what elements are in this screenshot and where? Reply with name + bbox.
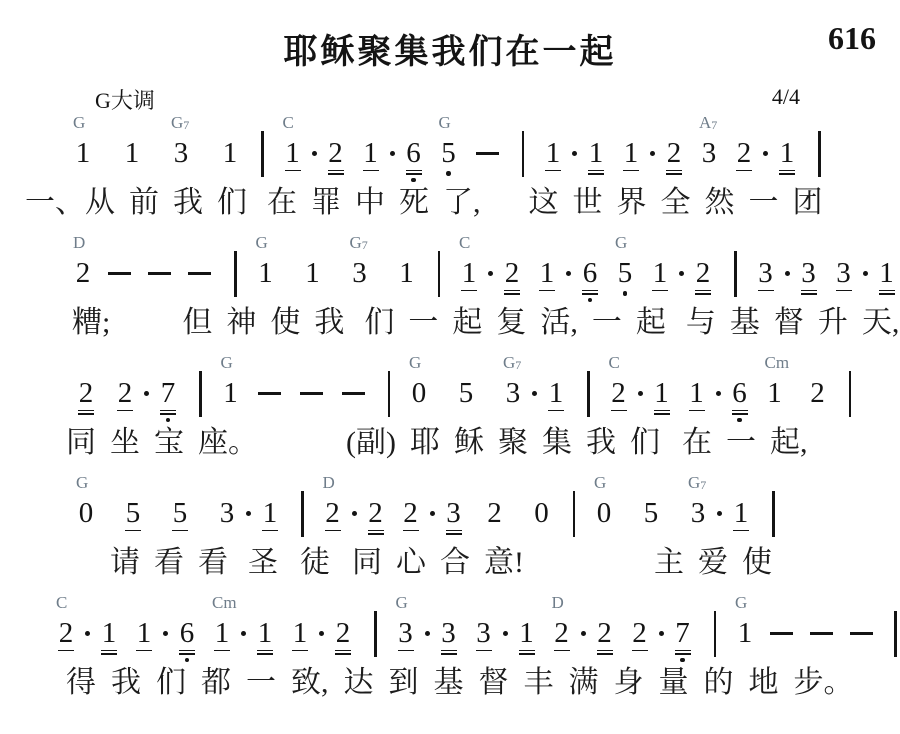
duration-underline xyxy=(582,293,598,295)
augmentation-dot xyxy=(319,631,324,636)
music-line: G05531D222320G05G731 xyxy=(0,472,900,544)
note-digit: 2 xyxy=(597,618,612,648)
note-digit: 5 xyxy=(441,138,456,168)
chord-label: G7 xyxy=(350,234,368,251)
note-digit: 3 xyxy=(398,618,413,648)
note: G5 xyxy=(617,258,633,296)
duration-underline xyxy=(403,530,419,532)
chord-label: G xyxy=(615,234,627,251)
note-digit: 0 xyxy=(79,498,94,528)
note: D2 xyxy=(75,258,91,288)
lyric-syllable: 我 xyxy=(314,306,344,340)
duration-underline xyxy=(476,650,492,652)
duration-underline xyxy=(779,173,795,175)
note-digit: 2 xyxy=(325,498,340,528)
lyric-syllable: 致, xyxy=(291,666,329,700)
chord-label: G xyxy=(221,354,233,371)
lyric-syllable: 在 xyxy=(267,186,297,220)
note-digit: 0 xyxy=(412,378,427,408)
note: 6 xyxy=(406,138,422,182)
hymn-number: 616 xyxy=(828,20,876,57)
augmentation-dot xyxy=(716,391,721,396)
note: 1 xyxy=(519,618,535,655)
note: 1 xyxy=(222,138,238,168)
lyric-syllable: 起 xyxy=(636,306,666,340)
augmentation-dot xyxy=(638,391,643,396)
note: 2 xyxy=(504,258,520,295)
lyric-syllable: 量 xyxy=(659,666,689,700)
duration-underline xyxy=(519,650,535,652)
duration-underline xyxy=(406,173,422,175)
augmentation-dot xyxy=(503,631,508,636)
lyric-syllable: 与 xyxy=(686,306,716,340)
lyric-syllable: 督 xyxy=(479,666,509,700)
duration-underline xyxy=(504,293,520,295)
duration-underline xyxy=(554,650,570,652)
barline xyxy=(772,491,775,537)
duration-dash xyxy=(850,632,873,635)
note-digit: 5 xyxy=(173,498,188,528)
note: 1 xyxy=(292,618,308,651)
chord-label: D xyxy=(73,234,85,251)
lyric-syllable: 督 xyxy=(774,306,804,340)
note-digit: 3 xyxy=(702,138,717,168)
duration-underline xyxy=(582,290,598,292)
low-octave-dot xyxy=(737,418,742,423)
note-digit: 1 xyxy=(546,138,561,168)
lyric-syllable: 我 xyxy=(173,186,203,220)
note: G1 xyxy=(75,138,91,168)
lyric-line: 同坐宝座。(副)耶稣聚集我们在一起, xyxy=(0,426,900,466)
duration-underline xyxy=(285,170,301,172)
augmentation-dot xyxy=(659,631,664,636)
chord-label: G xyxy=(594,474,606,491)
note-digit: 1 xyxy=(462,258,477,288)
augmentation-dot xyxy=(246,511,251,516)
lyric-syllable: 一 xyxy=(246,666,276,700)
duration-dash xyxy=(108,272,131,275)
lyric-syllable: 都 xyxy=(201,666,231,700)
lyric-syllable: 神 xyxy=(226,306,256,340)
note: 1 xyxy=(654,378,670,415)
note: 6 xyxy=(179,618,195,662)
note: 5 xyxy=(643,498,659,528)
note: 7 xyxy=(160,378,176,422)
note: 3 xyxy=(836,258,852,291)
chord-label: D xyxy=(323,474,335,491)
barline xyxy=(714,611,717,657)
duration-underline xyxy=(732,413,748,415)
note: 3 xyxy=(801,258,817,295)
chord-label: C xyxy=(609,354,620,371)
duration-underline xyxy=(632,650,648,652)
note-digit: 2 xyxy=(403,498,418,528)
note-digit: 1 xyxy=(780,138,795,168)
music-line: C2116Cm1112G3331D2227G1 xyxy=(0,592,900,664)
duration-dash xyxy=(770,632,793,635)
lyric-syllable: 聚 xyxy=(498,426,528,460)
note-digit: 1 xyxy=(738,618,753,648)
note: G73 xyxy=(690,498,706,528)
lyric-line: 一、从前我们在罪中死了,这世界全然一团 xyxy=(0,186,900,226)
augmentation-dot xyxy=(572,151,577,156)
duration-underline xyxy=(117,410,133,412)
duration-underline xyxy=(262,530,278,532)
chord-label: C xyxy=(459,234,470,251)
note-digit: 6 xyxy=(732,378,747,408)
note: 1 xyxy=(588,138,604,175)
note-digit: 1 xyxy=(624,138,639,168)
note-digit: 1 xyxy=(879,258,894,288)
note-digit: 6 xyxy=(406,138,421,168)
lyric-syllable: 爱 xyxy=(698,546,728,580)
lyric-syllable: 坐 xyxy=(110,426,140,460)
augmentation-dot xyxy=(650,151,655,156)
duration-dash xyxy=(148,272,171,275)
note: Cm1 xyxy=(767,378,783,408)
duration-underline xyxy=(406,170,422,172)
note: 2 xyxy=(632,618,648,651)
note: 1 xyxy=(623,138,639,171)
duration-underline xyxy=(335,650,351,652)
lyric-syllable: 达 xyxy=(344,666,374,700)
note-digit: 1 xyxy=(293,618,308,648)
duration-underline xyxy=(801,290,817,292)
lyric-syllable: 了, xyxy=(443,186,481,220)
note-digit: 6 xyxy=(180,618,195,648)
lyric-syllable: 们 xyxy=(156,666,186,700)
note: G73 xyxy=(352,258,368,288)
augmentation-dot xyxy=(763,151,768,156)
note: G1 xyxy=(258,258,274,288)
note: 1 xyxy=(545,138,561,171)
note-digit: 5 xyxy=(459,378,474,408)
lyric-syllable: 全 xyxy=(661,186,691,220)
note-digit: 2 xyxy=(810,378,825,408)
music-line: D2G11G731C1216G5123331D2 xyxy=(0,232,900,304)
lyric-syllable: 在 xyxy=(682,426,712,460)
duration-dash xyxy=(810,632,833,635)
barline xyxy=(234,251,237,297)
time-signature: 4/4 xyxy=(772,84,800,110)
lyric-syllable: 合 xyxy=(440,546,470,580)
duration-underline xyxy=(548,410,564,412)
note-digit: 3 xyxy=(758,258,773,288)
note-digit: 1 xyxy=(363,138,378,168)
duration-underline xyxy=(328,170,344,172)
lyric-syllable: 意! xyxy=(484,546,524,580)
note-digit: 2 xyxy=(336,618,351,648)
duration-underline xyxy=(446,530,462,532)
barline xyxy=(438,251,441,297)
duration-dash xyxy=(476,152,499,155)
note-digit: 3 xyxy=(801,258,816,288)
low-octave-dot xyxy=(588,298,593,303)
note-digit: 0 xyxy=(597,498,612,528)
lyric-line: 得我们都一致,达到基督丰满身量的地步。 xyxy=(0,666,900,706)
duration-underline xyxy=(801,293,817,295)
lyric-syllable: 这 xyxy=(529,186,559,220)
lyric-syllable: 们 xyxy=(630,426,660,460)
chord-label: G xyxy=(76,474,88,491)
duration-underline xyxy=(446,533,462,535)
note-digit: 2 xyxy=(79,378,94,408)
note: 1 xyxy=(257,618,273,655)
note: D2 xyxy=(554,618,570,651)
note-digit: 3 xyxy=(352,258,367,288)
note-digit: 3 xyxy=(506,378,521,408)
note-digit: 2 xyxy=(118,378,133,408)
duration-underline xyxy=(879,293,895,295)
duration-underline xyxy=(328,173,344,175)
note-digit: 2 xyxy=(59,618,74,648)
duration-underline xyxy=(675,650,691,652)
lyric-syllable: 罪 xyxy=(311,186,341,220)
duration-underline xyxy=(325,530,341,532)
duration-underline xyxy=(539,290,555,292)
lyric-syllable: 起 xyxy=(452,306,482,340)
note: 1 xyxy=(124,138,140,168)
note: 6 xyxy=(582,258,598,302)
note-digit: 1 xyxy=(137,618,152,648)
note-digit: 0 xyxy=(534,498,549,528)
lyric-syllable: 界 xyxy=(617,186,647,220)
note: 1 xyxy=(689,378,705,411)
augmentation-dot xyxy=(390,151,395,156)
note-digit: 1 xyxy=(215,618,230,648)
lyric-syllable: 糟; xyxy=(72,306,110,340)
lyric-syllable: 前 xyxy=(129,186,159,220)
chord-label: Cm xyxy=(765,354,790,371)
note-digit: 7 xyxy=(161,378,176,408)
augmentation-dot xyxy=(488,271,493,276)
duration-underline xyxy=(101,653,117,655)
duration-dash xyxy=(188,272,211,275)
rest-note: G0 xyxy=(596,498,612,528)
lyric-syllable: 使 xyxy=(742,546,772,580)
duration-underline xyxy=(611,410,627,412)
chord-label: D xyxy=(552,594,564,611)
lyric-syllable: 徒 xyxy=(300,546,330,580)
note-digit: 1 xyxy=(767,378,782,408)
augmentation-dot xyxy=(430,511,435,516)
lyric-syllable: (副) xyxy=(346,426,396,460)
note-digit: 1 xyxy=(258,618,273,648)
rest-note: G0 xyxy=(411,378,427,408)
duration-underline xyxy=(257,653,273,655)
note-digit: 2 xyxy=(487,498,502,528)
duration-underline xyxy=(736,170,752,172)
lyric-syllable: 看 xyxy=(154,546,184,580)
final-barline xyxy=(894,611,900,657)
note: G1 xyxy=(737,618,753,648)
duration-underline xyxy=(214,650,230,652)
note-digit: 1 xyxy=(549,378,564,408)
lyric-syllable: 同 xyxy=(352,546,382,580)
lyric-syllable: 集 xyxy=(542,426,572,460)
duration-underline xyxy=(504,290,520,292)
lyric-syllable: 我 xyxy=(586,426,616,460)
music-line: 227G1G05G731C2116Cm12 xyxy=(0,352,900,424)
duration-underline xyxy=(441,653,457,655)
note: 3 xyxy=(446,498,462,535)
lyric-syllable: 地 xyxy=(749,666,779,700)
note-digit: 5 xyxy=(618,258,633,288)
barline xyxy=(587,371,590,417)
note-digit: 3 xyxy=(691,498,706,528)
barline xyxy=(374,611,377,657)
low-octave-dot xyxy=(166,418,171,423)
note-digit: 1 xyxy=(102,618,117,648)
duration-underline xyxy=(779,170,795,172)
note-digit: 2 xyxy=(632,618,647,648)
lyric-syllable: 宝 xyxy=(154,426,184,460)
chord-label: G xyxy=(73,114,85,131)
duration-underline xyxy=(545,170,561,172)
low-octave-dot xyxy=(623,291,628,296)
note: 1 xyxy=(305,258,321,288)
barline xyxy=(199,371,202,417)
duration-underline xyxy=(368,533,384,535)
note-digit: 1 xyxy=(540,258,555,288)
note: 1 xyxy=(262,498,278,531)
note: 2 xyxy=(368,498,384,535)
chord-label: G xyxy=(409,354,421,371)
duration-underline xyxy=(675,653,691,655)
duration-underline xyxy=(136,650,152,652)
note: 2 xyxy=(695,258,711,295)
barline xyxy=(734,251,737,297)
note: Cm1 xyxy=(214,618,230,651)
note-digit: 2 xyxy=(737,138,752,168)
duration-underline xyxy=(58,650,74,652)
barline xyxy=(522,131,525,177)
sheet-header: 耶稣聚集我们在一起 616 G大调 4/4 xyxy=(0,0,900,112)
duration-underline xyxy=(172,530,188,532)
note: 6 xyxy=(732,378,748,422)
duration-underline xyxy=(732,410,748,412)
duration-underline xyxy=(758,290,774,292)
rest-note: G0 xyxy=(78,498,94,528)
augmentation-dot xyxy=(312,151,317,156)
duration-underline xyxy=(368,530,384,532)
duration-underline xyxy=(666,170,682,172)
note-digit: 2 xyxy=(611,378,626,408)
barline xyxy=(849,371,852,417)
note: 2 xyxy=(736,138,752,171)
duration-underline xyxy=(179,650,195,652)
lyric-syllable: 一 xyxy=(408,306,438,340)
lyric-syllable: 座。 xyxy=(198,426,258,460)
duration-underline xyxy=(519,653,535,655)
note: 3 xyxy=(219,498,235,528)
duration-underline xyxy=(125,530,141,532)
lyric-syllable: 得 xyxy=(66,666,96,700)
duration-underline xyxy=(597,653,613,655)
augmentation-dot xyxy=(532,391,537,396)
note-digit: 2 xyxy=(76,258,91,288)
augmentation-dot xyxy=(566,271,571,276)
duration-underline xyxy=(78,410,94,412)
key-signature: G大调 xyxy=(95,84,155,115)
note: D2 xyxy=(325,498,341,531)
note: C2 xyxy=(58,618,74,651)
note: 1 xyxy=(101,618,117,655)
lyric-syllable: 团 xyxy=(793,186,823,220)
note-digit: 7 xyxy=(675,618,690,648)
note-digit: 1 xyxy=(125,138,140,168)
chord-label: G7 xyxy=(503,354,521,371)
note: G3 xyxy=(398,618,414,651)
note: 3 xyxy=(758,258,774,291)
note: C1 xyxy=(285,138,301,171)
low-octave-dot xyxy=(446,171,451,176)
note: G1 xyxy=(223,378,239,408)
note: 3 xyxy=(441,618,457,655)
note: 1 xyxy=(136,618,152,651)
augmentation-dot xyxy=(717,511,722,516)
note-digit: 2 xyxy=(554,618,569,648)
lyric-syllable: 一、从 xyxy=(25,186,115,220)
note: A73 xyxy=(701,138,717,168)
note-digit: 1 xyxy=(734,498,749,528)
note-digit: 1 xyxy=(285,138,300,168)
augmentation-dot xyxy=(85,631,90,636)
lyric-syllable: 主 xyxy=(654,546,684,580)
note-digit: 1 xyxy=(589,138,604,168)
hymn-title: 耶稣聚集我们在一起 xyxy=(0,24,900,73)
note: 5 xyxy=(458,378,474,408)
duration-underline xyxy=(160,413,176,415)
chord-label: C xyxy=(283,114,294,131)
note-digit: 2 xyxy=(368,498,383,528)
note: 1 xyxy=(652,258,668,291)
lyric-syllable: 心 xyxy=(396,546,426,580)
duration-underline xyxy=(588,170,604,172)
duration-dash xyxy=(342,392,365,395)
chord-label: G xyxy=(396,594,408,611)
augmentation-dot xyxy=(679,271,684,276)
duration-underline xyxy=(257,650,273,652)
note: 1 xyxy=(733,498,749,531)
note-digit: 1 xyxy=(223,378,238,408)
duration-underline xyxy=(101,650,117,652)
duration-underline xyxy=(461,290,477,292)
note: 1 xyxy=(539,258,555,291)
chord-label: G7 xyxy=(171,114,189,131)
note: G5 xyxy=(441,138,457,176)
lyric-syllable: 一 xyxy=(592,306,622,340)
lyric-syllable: 基 xyxy=(434,666,464,700)
note-digit: 1 xyxy=(76,138,91,168)
note: 2 xyxy=(335,618,351,655)
final-barline-thin xyxy=(894,611,897,657)
note: C1 xyxy=(461,258,477,291)
note-digit: 2 xyxy=(328,138,343,168)
note: G73 xyxy=(505,378,521,408)
note-digit: 3 xyxy=(220,498,235,528)
duration-underline xyxy=(588,173,604,175)
chord-label: G xyxy=(256,234,268,251)
note-digit: 2 xyxy=(505,258,520,288)
note: 2 xyxy=(403,498,419,531)
duration-underline xyxy=(879,290,895,292)
barline xyxy=(573,491,576,537)
lyric-syllable: 使 xyxy=(270,306,300,340)
lyric-syllable: 圣 xyxy=(248,546,278,580)
lyric-syllable: 起, xyxy=(770,426,808,460)
note-digit: 3 xyxy=(476,618,491,648)
